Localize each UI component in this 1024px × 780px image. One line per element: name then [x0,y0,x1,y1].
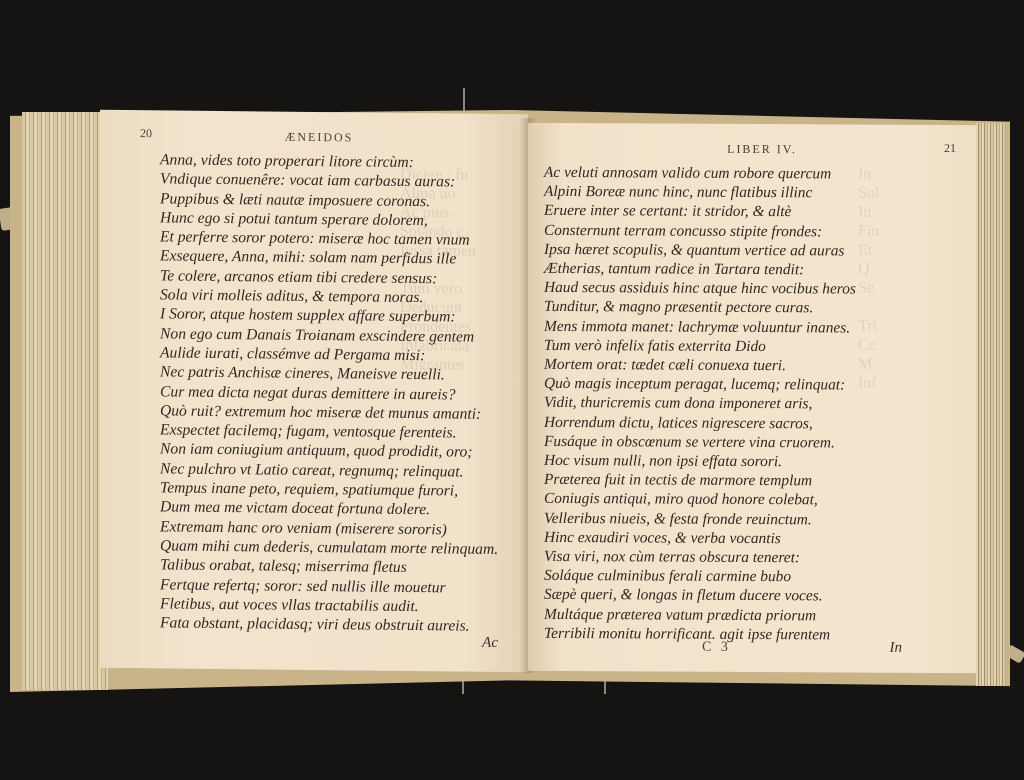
verse-line: Mortem orat: tædet cæli conuexa tueri. [544,355,966,376]
verse-line: Hinc exaudiri voces, & verba vocantis [544,528,966,549]
verse-line: Eruere inter se certant: it stridor, & a… [544,201,966,222]
verse-line: Visa viri, nox cùm terras obscura tenere… [544,547,966,568]
verse-line: Tum verò infelix fatis exterrita Dido [544,336,966,357]
verse-line: Ipsa hæret scopulis, & quantum vertice a… [544,240,966,261]
running-head-left: 20 ÆNEIDOS [140,128,498,132]
verse-line: Terribili monitu horrificant. agit ipse … [544,624,966,645]
verse-line: Haud secus assiduis hinc atque hinc voci… [544,278,966,299]
verse-block-left: Anna, vides toto properari litore circùm… [160,150,518,636]
verse-line: Præterea fuit in tectis de marmore templ… [544,470,966,491]
page-number: 21 [944,141,956,156]
verse-line: Ac veluti annosam valido cum robore quer… [544,163,966,184]
page-stack-right [976,123,1006,686]
verse-line: Hoc visum nulli, non ipsi effata sorori. [544,451,966,472]
verse-line: Velleribus niueis, & festa fronde reuinc… [544,509,966,530]
left-page: Dicere : fu Alma uo Ac pius Solando c Iu… [100,110,528,672]
verse-line: Mens immota manet: lachrymæ voluuntur in… [544,317,966,338]
signature-mark: C 3 [702,640,731,656]
scan-viewer: Dicere : fu Alma uo Ac pius Solando c Iu… [0,0,1024,780]
running-title: ÆNEIDOS [140,128,498,147]
catchword: Ac [482,635,498,652]
verse-line: Consternunt terram concusso stipite fron… [544,221,966,242]
verse-line: Fusáque in obscœnum se vertere vina cruo… [544,432,966,453]
verse-line: Sæpè queri, & longas in fletum ducere vo… [544,585,966,606]
running-head-right: LIBER IV. 21 [568,141,956,143]
right-page: In Sol In Fin Et Q Se Tri Ce M Inf LIBER… [528,123,976,673]
verse-line: Multáque præterea vatum prædicta priorum [544,605,966,626]
verse-line: Soláque culminibus ferali carmine bubo [544,566,966,587]
verse-line: Tunditur, & magno præsentit pectore cura… [544,297,966,318]
verse-line: Fata obstant, placidasq; viri deus obstr… [160,614,518,637]
verse-block-right: Ac veluti annosam valido cum robore quer… [544,163,966,645]
verse-line: Horrendum dictu, latices nigrescere sacr… [544,413,966,434]
verse-line: Vidit, thuricremis cum dona imponeret ar… [544,393,966,414]
verse-line: Coniugis antiqui, miro quod honore coleb… [544,489,966,510]
running-title: LIBER IV. [568,141,956,158]
verse-line: Alpini Boreæ nunc hinc, nunc flatibus il… [544,182,966,203]
verse-line: Quò magis inceptum peragat, lucemq; reli… [544,374,966,395]
page-stack-left [22,112,108,690]
catchword: In [890,640,903,657]
verse-line: Ætherias, tantum radice in Tartara tendi… [544,259,966,280]
